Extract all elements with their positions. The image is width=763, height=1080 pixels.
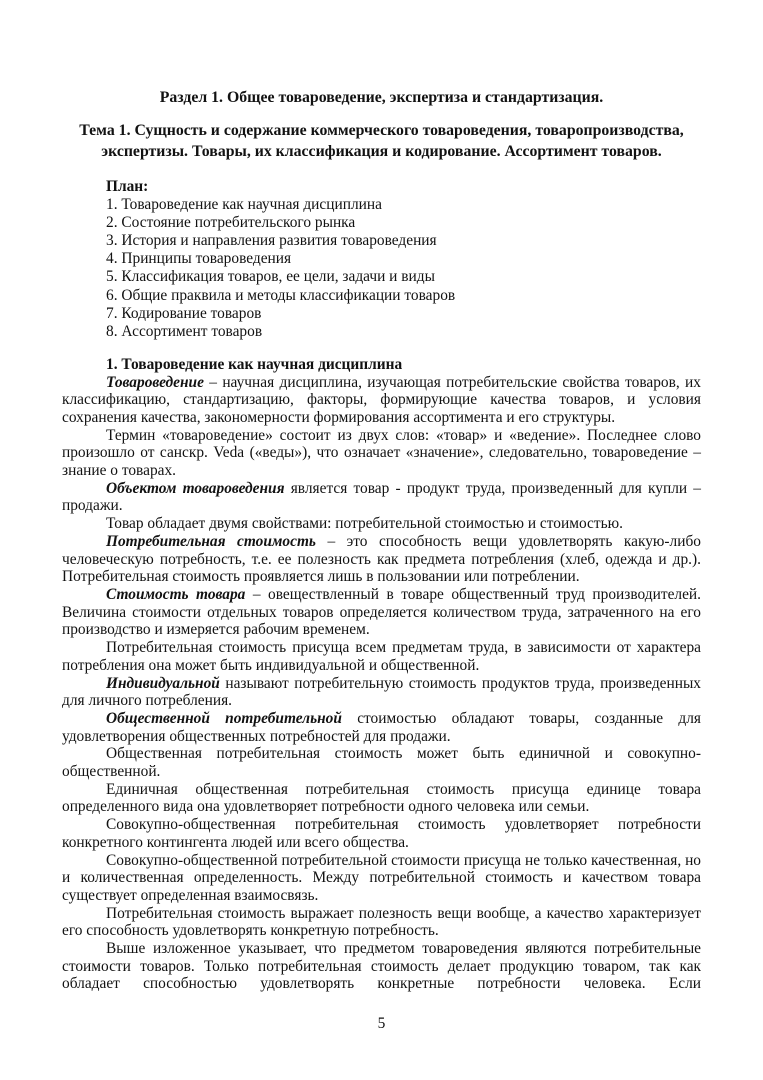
paragraph: Совокупно-общественной потребительной ст… [62,852,701,905]
term-emphasis: Стоимость товара [106,586,245,603]
paragraph: Потребительная стоимость выражает полезн… [62,905,701,940]
plan-item: 6. Общие праквила и методы классификации… [62,287,701,305]
plan-item: 4. Принципы товароведения [62,250,701,268]
topic-title-line: Тема 1. Сущность и содержание коммерческ… [62,121,701,142]
plan-list: 1. Товароведение как научная дисциплина … [62,196,701,341]
paragraph: Товароведение – научная дисциплина, изуч… [62,374,701,427]
paragraph: Единичная общественная потребительная ст… [62,781,701,816]
paragraph-text: Потребительная стоимость выражает полезн… [62,905,701,940]
paragraph: Выше изложенное указывает, что предметом… [62,940,701,993]
paragraph-text: Потребительная стоимость присуща всем пр… [62,639,701,674]
paragraph-text: Выше изложенное указывает, что предметом… [62,940,701,992]
body-section-heading: 1. Товароведение как научная дисциплина [62,356,701,374]
term-emphasis: Потребительная стоимость [106,533,316,550]
topic-title: Тема 1. Сущность и содержание коммерческ… [62,121,701,162]
plan-item: 8. Ассортимент товаров [62,323,701,341]
term-emphasis: Объектом товароведения [106,480,285,497]
term-emphasis: Общественной потребительной [106,710,342,727]
paragraph: Потребительная стоимость – это способнос… [62,533,701,586]
topic-title-line: экспертизы. Товары, их классификация и к… [62,142,701,163]
paragraph-text: Единичная общественная потребительная ст… [62,781,701,816]
paragraph: Индивидуальной называют потребительную с… [62,675,701,710]
paragraph-text: Совокупно-общественная потребительная ст… [62,816,701,851]
section-title: Раздел 1. Общее товароведение, экспертиз… [62,89,701,107]
term-emphasis: Товароведение [106,374,204,391]
paragraph: Общественной потребительной стоимостью о… [62,710,701,745]
paragraph: Товар обладает двумя свойствами: потреби… [62,515,701,533]
paragraph: Объектом товароведения является товар - … [62,480,701,515]
plan-item: 3. История и направления развития товаро… [62,232,701,250]
plan-item: 5. Классификация товаров, ее цели, задач… [62,268,701,286]
paragraph: Стоимость товара – овеществленный в това… [62,586,701,639]
paragraph: Термин «товароведение» состоит из двух с… [62,427,701,480]
paragraph-text: Термин «товароведение» состоит из двух с… [62,427,701,479]
paragraph: Общественная потребительная стоимость мо… [62,745,701,780]
plan-item: 1. Товароведение как научная дисциплина [62,196,701,214]
term-emphasis: Индивидуальной [106,675,220,692]
paragraph: Совокупно-общественная потребительная ст… [62,816,701,851]
plan-item: 2. Состояние потребительского рынка [62,214,701,232]
document-page: Раздел 1. Общее товароведение, экспертиз… [0,0,763,1080]
paragraph-text: Общественная потребительная стоимость мо… [62,745,701,780]
paragraph-text: Совокупно-общественной потребительной ст… [62,852,701,904]
plan-label: План: [62,178,701,196]
paragraph: Потребительная стоимость присуща всем пр… [62,639,701,674]
paragraph-text: Товар обладает двумя свойствами: потреби… [106,515,623,532]
plan-item: 7. Кодирование товаров [62,305,701,323]
page-number: 5 [62,1015,701,1033]
